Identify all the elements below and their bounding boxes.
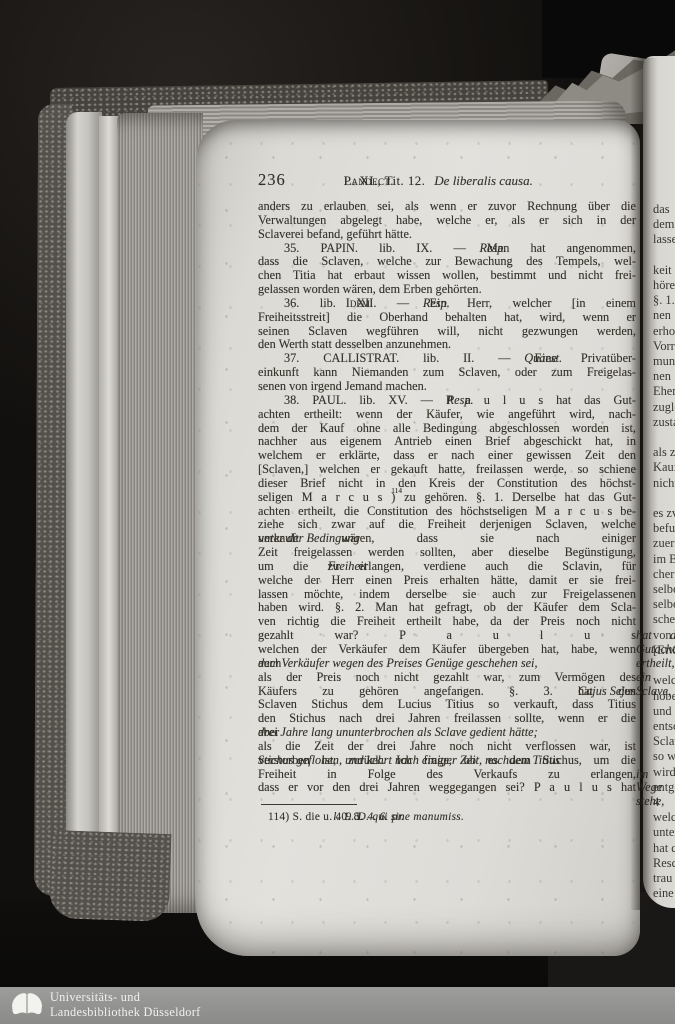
text-line: welchem er erklärte, dass er nach einer … bbox=[258, 449, 636, 463]
loose-leaf-edge bbox=[66, 112, 102, 896]
text-line: haben wird. §. 2. Man hat gefragt, ob de… bbox=[258, 601, 636, 615]
text-line: dem Verkäufer wegen des Preises Genüge g… bbox=[258, 657, 636, 671]
text-line: Verwaltungen abgelegt habe, welche er, a… bbox=[258, 214, 636, 228]
text-line: dass er vor den drei Jahren weggegangen … bbox=[258, 781, 636, 795]
page-number: 236 bbox=[258, 170, 286, 190]
text-line: gezahlt war? P a u l u s hat das Gutacht… bbox=[258, 629, 636, 643]
text-line: lassen möchte, indem derselbe sie auch z… bbox=[258, 588, 636, 602]
page-header: 236 Pandect. L. XI., Tit. 12. De liberal… bbox=[258, 170, 636, 190]
text-line: Freiheit in Folge des Verkaufs zu erlang… bbox=[258, 768, 636, 782]
text-line: dem der Kauf ohne alle Bedingung abgesch… bbox=[258, 422, 636, 436]
text-line: um die Freiheit zu erlangen, verdiene au… bbox=[258, 560, 636, 574]
page-text-block: 236 Pandect. L. XI., Tit. 12. De liberal… bbox=[258, 170, 636, 823]
text-line: 38. PAUL. lib. XV. Resp. — P a u l u s h… bbox=[258, 394, 636, 408]
text-line: anders zu erlauben sei, als wenn er zuvo… bbox=[258, 200, 636, 214]
text-line: drei Jahre lang ununterbrochen als Sclav… bbox=[258, 726, 636, 740]
footnote-rule bbox=[261, 804, 357, 805]
text-line: dieser Brief nicht in den Kreis der Cons… bbox=[258, 477, 636, 491]
text-line: gelassen worden wären, dem Erben gehörte… bbox=[258, 283, 636, 297]
library-name-line2: Landesbibliothek Düsseldorf bbox=[50, 1005, 201, 1020]
text-line: 35. PAPIN. lib. IX. Resp. — Man hat ange… bbox=[258, 242, 636, 256]
text-line: senen von irgend Jemand machen. bbox=[258, 380, 636, 394]
text-line: Sclaverei befand, geführt hätte. bbox=[258, 228, 636, 242]
loose-leaf-edge bbox=[99, 116, 119, 896]
footnote: 114) S. die l. 1. 3. 4. 6. pr. u. 9. D. … bbox=[258, 811, 636, 823]
running-title: Pandect. L. XI., Tit. 12. bbox=[344, 173, 426, 189]
text-line: unter der Bedingung verkauft wären, dass… bbox=[258, 532, 636, 546]
text-line: achten ertheilt: wenn der Käufer, wie an… bbox=[258, 408, 636, 422]
text-line: seinen Sclaven wegführen will, nicht gez… bbox=[258, 325, 636, 339]
text-line: den Werth statt desselben anzunehmen. bbox=[258, 338, 636, 352]
text-line: Sclaven Stichus dem Lucius Titius so ver… bbox=[258, 698, 636, 712]
text-line: [Sclaven,] welchen er gekauft hatte, fre… bbox=[258, 463, 636, 477]
open-book-icon bbox=[10, 991, 44, 1019]
book-cover-bottom-corner bbox=[49, 830, 172, 922]
text-line: als der Preis noch nicht gezahlt war, zu… bbox=[258, 671, 636, 685]
text-line: Freiheitsstreit] die Oberhand behalten h… bbox=[258, 311, 636, 325]
text-line: welchen der Verkäufer dem Käufer übergeb… bbox=[258, 643, 636, 657]
page-stack-fore-edge bbox=[117, 113, 203, 913]
text-line: dass die Sclaven, welche zur Bewachung d… bbox=[258, 255, 636, 269]
gutter-shadow bbox=[630, 58, 658, 910]
book-scan: dasdemlasse keithöre§. 1.nenerholVorrmun… bbox=[0, 0, 675, 1024]
library-watermark-bar: Universitäts- und Landesbibliothek Düsse… bbox=[0, 987, 675, 1024]
running-subtitle: De liberalis causa. bbox=[434, 173, 533, 189]
text-line: seligen M a r c u s 114) zu gehören. §. … bbox=[258, 491, 636, 505]
text-line: chen Titia hat erbaut wissen wollen, bes… bbox=[258, 269, 636, 283]
text-line: Zeit freigelassen werden sollten, aber d… bbox=[258, 546, 636, 560]
text-line: nachher aus eigenem Antrieb einen Brief … bbox=[258, 435, 636, 449]
text-line: Käufers zu gehören angefangen. §. 3. Caj… bbox=[258, 685, 636, 699]
body-text: anders zu erlauben sei, als wenn er zuvo… bbox=[258, 200, 636, 795]
text-line: welche der Herr einen Preis erhalten hät… bbox=[258, 574, 636, 588]
text-line: 36. Idem lib. XII. Resp. — Ein Herr, wel… bbox=[258, 297, 636, 311]
text-line: als die Zeit der drei Jahre noch nicht v… bbox=[258, 740, 636, 754]
text-line: achten ertheilt, die Constitution des hö… bbox=[258, 505, 636, 519]
library-name-line1: Universitäts- und bbox=[50, 990, 201, 1005]
text-line: ziehe sich zwar auf die Freiheit derjeni… bbox=[258, 518, 636, 532]
text-line: ven richtig die Freiheit ertheilt habe, … bbox=[258, 615, 636, 629]
text-line: einkunft kann Niemanden zum Sclaven, ode… bbox=[258, 366, 636, 380]
text-line: den Stichus nach drei Jahren freilassen … bbox=[258, 712, 636, 726]
text-line: 37. CALLISTRAT. lib. II. Quaest. — Eine … bbox=[258, 352, 636, 366]
library-name: Universitäts- und Landesbibliothek Düsse… bbox=[50, 990, 201, 1020]
main-page: 236 Pandect. L. XI., Tit. 12. De liberal… bbox=[196, 120, 640, 956]
